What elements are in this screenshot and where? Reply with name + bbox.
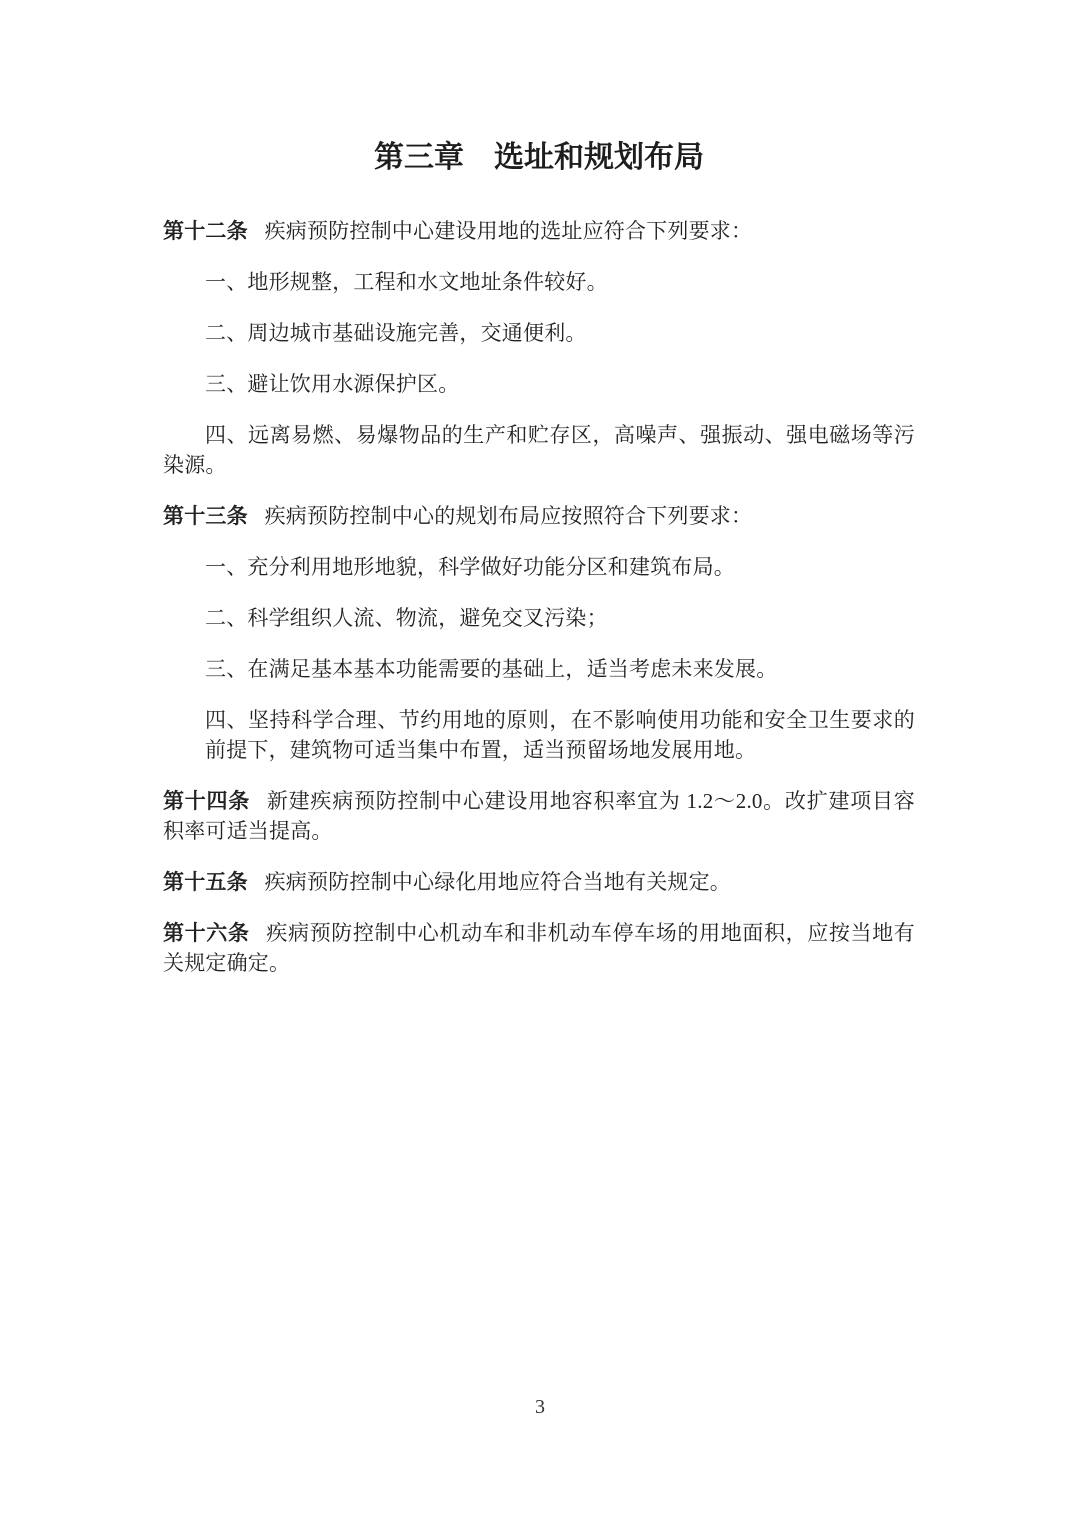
clause-item: 二、科学组织人流、物流，避免交叉污染；	[163, 603, 915, 633]
clause-item: 四、坚持科学合理、节约用地的原则，在不影响使用功能和安全卫生要求的前提下，建筑物…	[163, 705, 915, 765]
article-label: 第十六条	[163, 921, 250, 945]
article-text: 疾病预防控制中心机动车和非机动车停车场的用地面积，应按当地有关规定确定。	[163, 921, 915, 975]
article-text: 疾病预防控制中心的规划布局应按照符合下列要求：	[265, 504, 753, 528]
clause-item: 一、充分利用地形地貌，科学做好功能分区和建筑布局。	[163, 552, 915, 582]
article-paragraph-15: 第十五条疾病预防控制中心绿化用地应符合当地有关规定。	[163, 867, 915, 897]
document-body: { "doc": { "title": "第三章 选址和规划布局", "page…	[0, 0, 1080, 1527]
clause-item: 四、远离易燃、易爆物品的生产和贮存区，高噪声、强振动、强电磁场等污染源。	[163, 420, 915, 480]
article-text: 疾病预防控制中心建设用地的选址应符合下列要求：	[265, 219, 753, 243]
clause-item: 一、地形规整，工程和水文地址条件较好。	[163, 267, 915, 297]
clause-item: 三、避让饮用水源保护区。	[163, 369, 915, 399]
document-page: 第三章 选址和规划布局 第十二条疾病预防控制中心建设用地的选址应符合下列要求： …	[0, 0, 1080, 1527]
article-paragraph-16: 第十六条疾病预防控制中心机动车和非机动车停车场的用地面积，应按当地有关规定确定。	[163, 918, 915, 978]
article-text: 新建疾病预防控制中心建设用地容积率宜为 1.2～2.0。改扩建项目容积率可适当提…	[163, 789, 915, 843]
article-paragraph-12: 第十二条疾病预防控制中心建设用地的选址应符合下列要求：	[163, 216, 915, 246]
article-paragraph-14: 第十四条新建疾病预防控制中心建设用地容积率宜为 1.2～2.0。改扩建项目容积率…	[163, 786, 915, 846]
chapter-heading: 第三章 选址和规划布局	[163, 138, 915, 178]
page-number: 3	[0, 1396, 1080, 1419]
article-label: 第十三条	[163, 504, 248, 528]
article-label: 第十二条	[163, 219, 248, 243]
article-text: 疾病预防控制中心绿化用地应符合当地有关规定。	[265, 870, 731, 894]
article-paragraph-13: 第十三条疾病预防控制中心的规划布局应按照符合下列要求：	[163, 501, 915, 531]
article-label: 第十四条	[163, 789, 250, 813]
article-label: 第十五条	[163, 870, 248, 894]
clause-item: 二、周边城市基础设施完善，交通便利。	[163, 318, 915, 348]
clause-item: 三、在满足基本基本功能需要的基础上，适当考虑未来发展。	[163, 654, 915, 684]
